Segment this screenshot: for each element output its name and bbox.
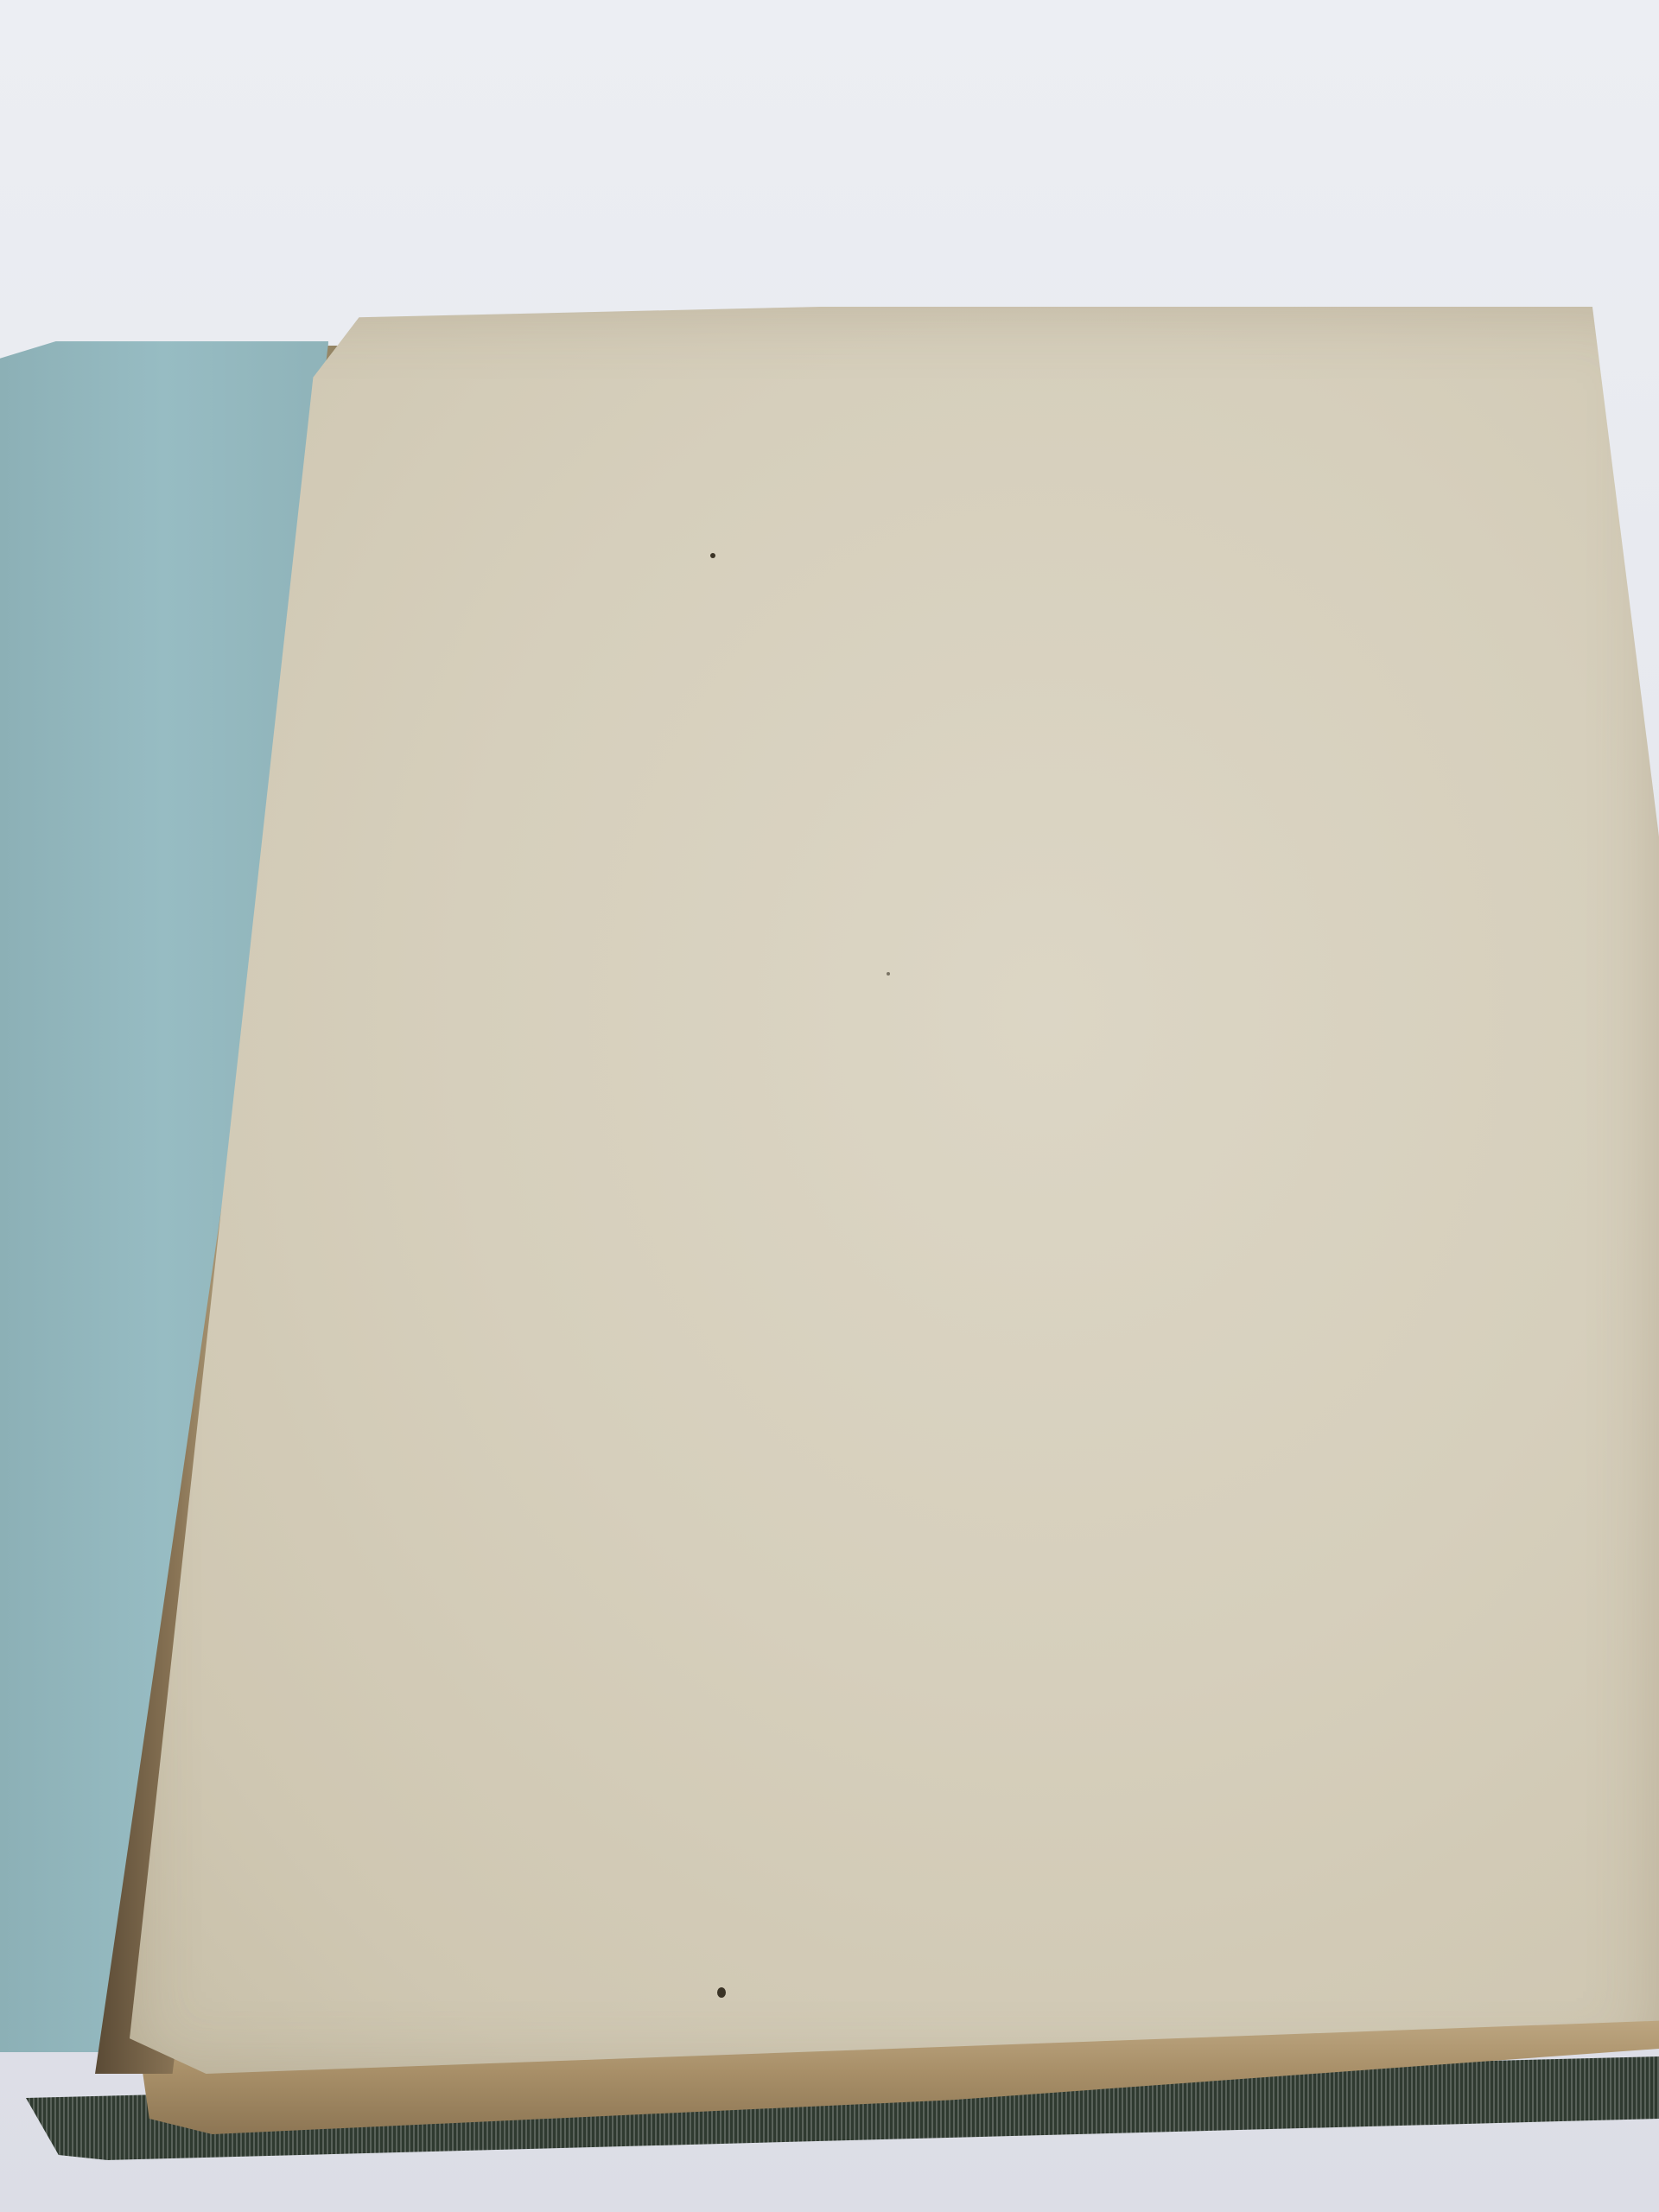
foxing-spot (887, 972, 890, 976)
foxing-spot (710, 553, 715, 558)
foxing-spot (717, 1987, 726, 1998)
blank-page (130, 307, 1659, 2074)
